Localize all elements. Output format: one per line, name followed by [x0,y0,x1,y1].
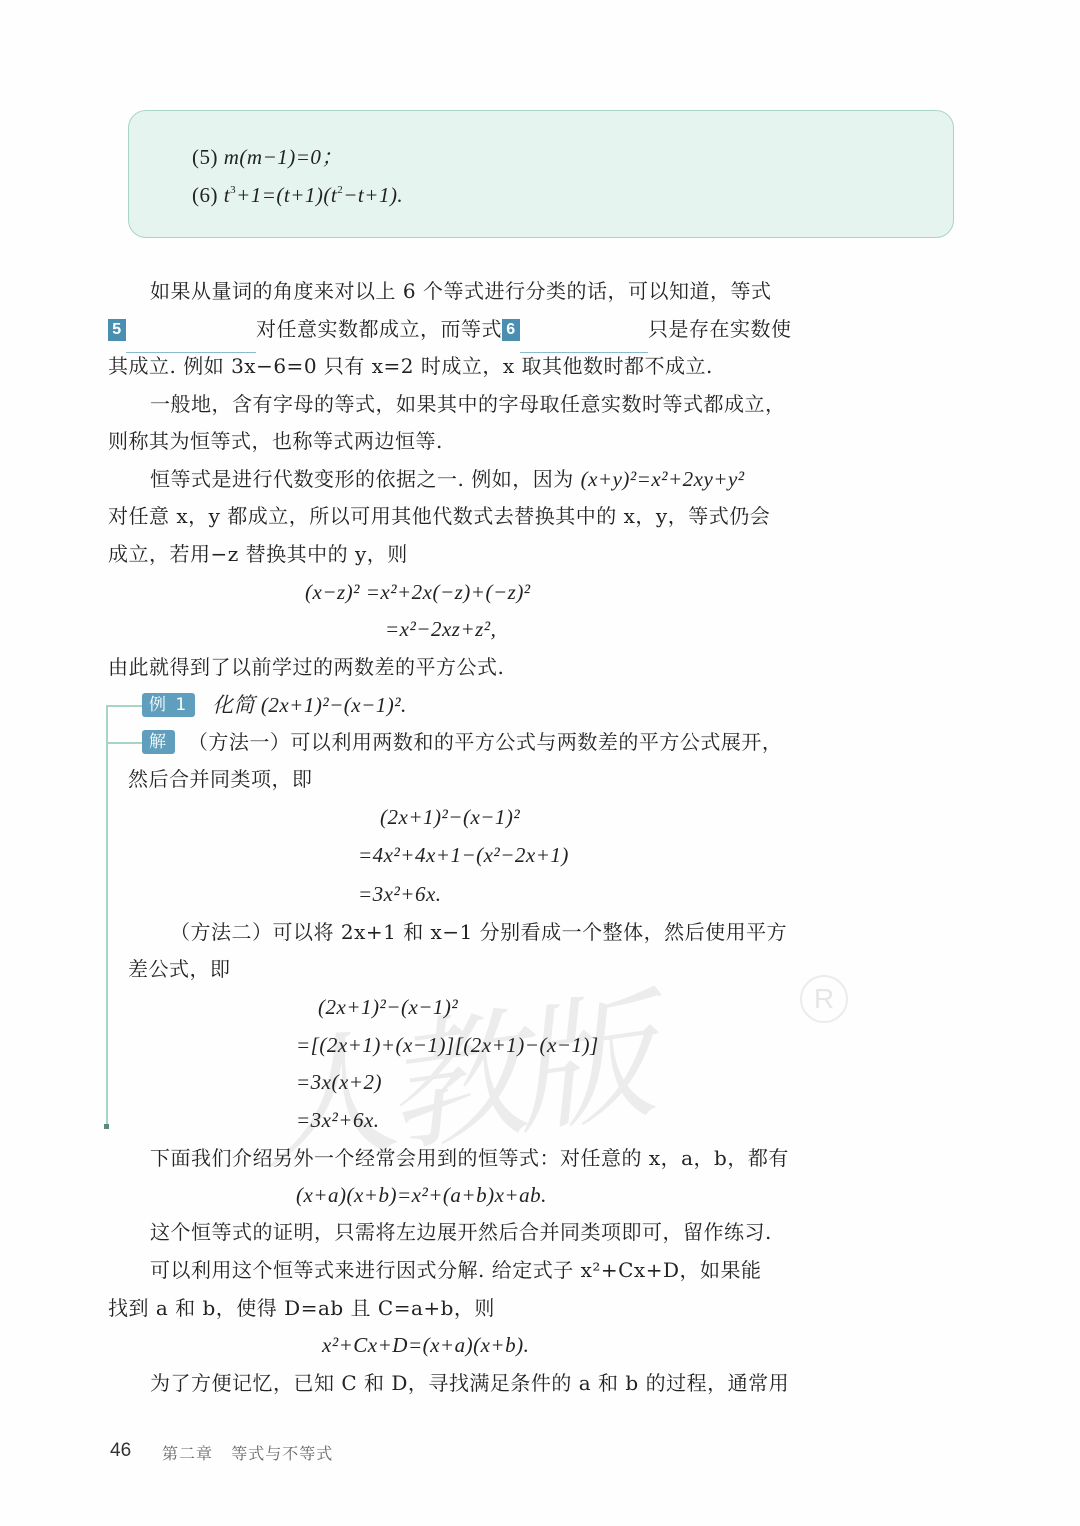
derivation-1-row-1: (x−z)² =x²+2x(−z)+(−z)² [305,573,531,611]
page-number: 46 [110,1440,131,1462]
paragraph-7-line-1: 可以利用这个恒等式来进行因式分解. 给定式子 x²+Cx+D，如果能 [150,1251,762,1289]
example-bracket-line [106,705,108,1125]
chapter-title: 第二章 等式与不等式 [162,1441,333,1464]
paragraph-2-line-2: 则称其为恒等式，也称等式两边恒等. [108,422,443,460]
paragraph-3-line-1: 恒等式是进行代数变形的依据之一. 例如，因为 (x+y)²=x²+2xy+y² [150,460,745,498]
solution-line-2: 然后合并同类项，即 [128,760,313,798]
paragraph-1-mid-text: 对任意实数都成立，而等式 [256,317,502,341]
paragraph-1-end-text: 只是存在实数使 [648,317,792,341]
solution-bracket-tick [106,742,142,744]
factoring-formula: x²+Cx+D=(x+a)(x+b). [322,1326,529,1364]
method-1-step-2: =4x²+4x+1−(x²−2x+1) [358,836,569,874]
method-2-step-3: =3x(x+2) [296,1063,382,1101]
example-problem: 化简 (2x+1)²−(x−1)². [212,693,407,717]
method-1-step-3: =3x²+6x. [358,875,442,913]
method-2-step-4: =3x²+6x. [296,1101,380,1139]
method-2-line-2: 差公式，即 [128,950,231,988]
answer-marker-5: 5 [108,319,126,341]
paragraph-1-line-3: 其成立. 例如 3x−6=0 只有 x=2 时成立，x 取其他数时都不成立. [108,347,713,385]
equation-5-label: (5) [192,145,218,169]
solution-line-1: 解 （方法一）可以利用两数和的平方公式与两数差的平方公式展开， [142,723,782,761]
example-badge: 例 1 [142,693,195,717]
equation-6-part: +1=(t+1)(t [236,183,337,207]
example-1-heading: 例 1 化简 (2x+1)²−(x−1)². [142,686,407,724]
method-2-step-2: =[(2x+1)+(x−1)][(2x+1)−(x−1)] [296,1026,599,1064]
method-2-line-1: （方法二）可以将 2x+1 和 x−1 分别看成一个整体，然后使用平方 [170,913,787,951]
method-2-step-1: (2x+1)²−(x−1)² [318,988,458,1026]
example-bracket-tick [106,705,142,707]
paragraph-6-line-1: 这个恒等式的证明，只需将左边展开然后合并同类项即可，留作练习. [150,1213,772,1251]
paragraph-3-line-2: 对任意 x，y 都成立，所以可用其他代数式去替换其中的 x，y，等式仍会 [108,497,770,535]
paragraph-3-line-3: 成立，若用−z 替换其中的 y，则 [108,535,408,573]
equation-6-part: −t+1). [343,183,403,207]
equation-6-label: (6) [192,183,218,207]
paragraph-3-text: 恒等式是进行代数变形的依据之一. 例如，因为 [150,467,581,491]
derivation-1-row-2: =x²−2xz+z², [385,610,496,648]
equation-5-expr: m(m−1)=0； [224,145,343,169]
method-1-step-1: (2x+1)²−(x−1)² [380,798,520,836]
answer-marker-6: 6 [502,319,520,341]
paragraph-1-line-1: 如果从量词的角度来对以上 6 个等式进行分类的话，可以知道，等式 [150,272,771,310]
bracket-end-dot [104,1124,109,1129]
identity-formula: (x+a)(x+b)=x²+(a+b)x+ab. [296,1176,547,1214]
registered-mark-icon: R [800,975,848,1023]
paragraph-7-line-2: 找到 a 和 b，使得 D=ab 且 C=a+b，则 [108,1289,495,1327]
paragraph-2-line-1: 一般地，含有字母的等式，如果其中的字母取任意实数时等式都成立， [150,385,786,423]
paragraph-8-line-1: 为了方便记忆，已知 C 和 D，寻找满足条件的 a 和 b 的过程，通常用 [150,1364,789,1402]
paragraph-4-line-1: 由此就得到了以前学过的两数差的平方公式. [108,648,504,686]
solution-badge: 解 [142,730,175,754]
method-1-text: （方法一）可以利用两数和的平方公式与两数差的平方公式展开， [188,730,783,754]
paragraph-5-line-1: 下面我们介绍另外一个经常会用到的恒等式：对任意的 x，a，b，都有 [150,1139,789,1177]
square-sum-formula: (x+y)²=x²+2xy+y² [581,467,745,491]
equation-5: (5) m(m−1)=0； [192,138,343,176]
equation-6: (6) t3+1=(t+1)(t2−t+1). [192,176,403,214]
